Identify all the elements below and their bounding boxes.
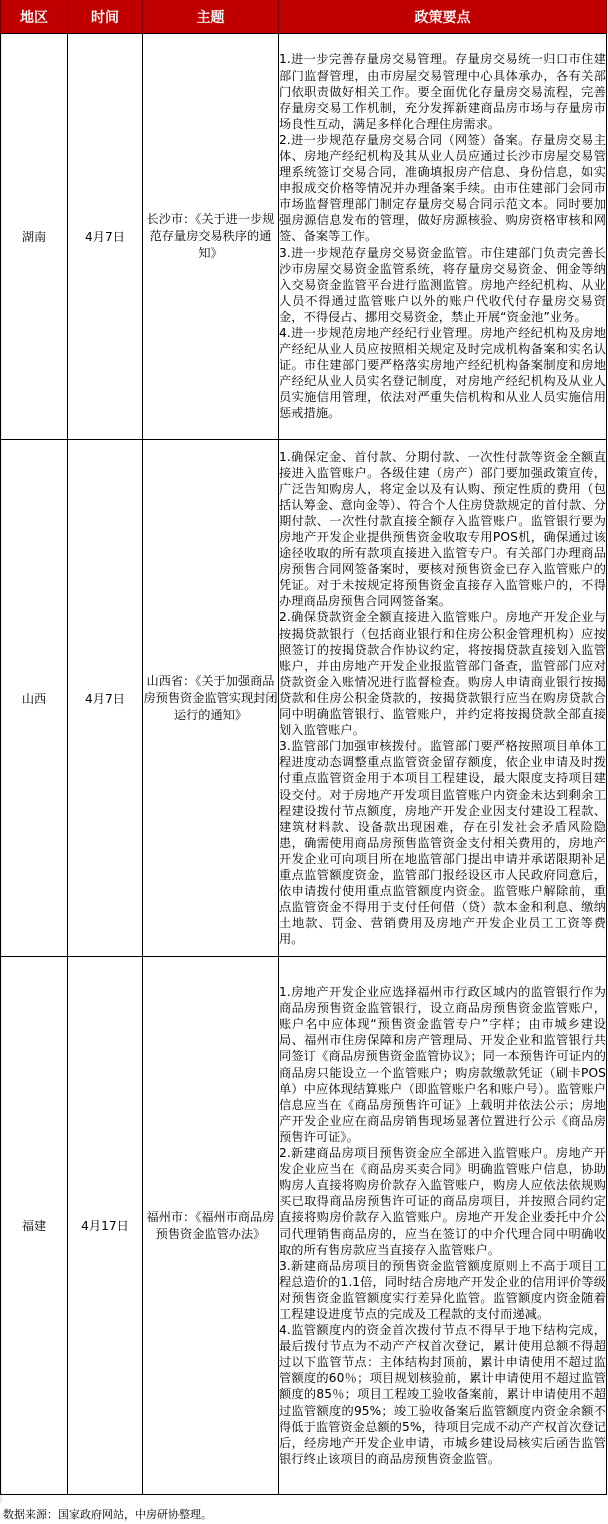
column-header-policy-points: 政策要点	[279, 0, 607, 34]
policy-point: 3.新建商品房项目的预售资金监管额度原则上不高于项目工程总造价的1.1倍，同时结…	[279, 1258, 606, 1322]
table-header-row: 地区 时间 主题 政策要点	[1, 0, 607, 34]
date-cell: 4月17日	[68, 957, 143, 1495]
column-header-topic: 主题	[143, 0, 279, 34]
policy-table: 地区 时间 主题 政策要点 湖南 4月7日 长沙市：《关于进一步规范存量房交易秩…	[0, 0, 607, 1495]
policy-point: 1.进一步完善存量房交易管理。存量房交易统一归口市住建部门监督管理，由市房屋交易…	[279, 51, 606, 131]
policy-point: 4.进一步规范房地产经纪行业管理。房地产经纪机构及房地产经纪从业人员应按照相关规…	[279, 325, 606, 422]
policy-point: 3.进一步规范存量房交易资金监管。市住建部门负责完善长沙市房屋交易资金监管系统，…	[279, 245, 606, 325]
policy-points-cell: 1.房地产开发企业应选择福州市行政区域内的监管银行作为商品房预售资金监管银行，设…	[279, 957, 607, 1495]
policy-point: 1.房地产开发企业应选择福州市行政区域内的监管银行作为商品房预售资金监管银行，设…	[279, 984, 606, 1145]
policy-table-sheet: 地区 时间 主题 政策要点 湖南 4月7日 长沙市：《关于进一步规范存量房交易秩…	[0, 0, 608, 1524]
table-row: 山西 4月7日 山西省：《关于加强商品房预售资金监管实现封闭运行的通知》 1.确…	[1, 440, 607, 957]
policy-point: 1.确保定金、首付款、分期付款、一次性付款等资金全额直接进入监管账户。各级住建（…	[279, 449, 606, 610]
region-cell: 福建	[1, 957, 68, 1495]
policy-points-cell: 1.确保定金、首付款、分期付款、一次性付款等资金全额直接进入监管账户。各级住建（…	[279, 440, 607, 957]
date-cell: 4月7日	[68, 34, 143, 440]
table-row: 湖南 4月7日 长沙市：《关于进一步规范存量房交易秩序的通知》 1.进一步完善存…	[1, 34, 607, 440]
topic-cell: 山西省：《关于加强商品房预售资金监管实现封闭运行的通知》	[143, 440, 279, 957]
policy-point: 2.进一步规范存量房交易合同（网签）备案。存量房交易主体、房地产经纪机构及其从业…	[279, 132, 606, 245]
topic-cell: 福州市：《福州市商品房预售资金监管办法》	[143, 957, 279, 1495]
policy-point: 2.新建商品房项目预售资金应全部进入监管账户。房地产开发企业应当在《商品房买卖合…	[279, 1145, 606, 1258]
policy-point: 3.监管部门加强审核拨付。监管部门要严格按照项目单体工程进度动态调整重点监管资金…	[279, 738, 606, 947]
policy-point: 2.确保贷款资金全额直接进入监管账户。房地产开发企业与按揭贷款银行（包括商业银行…	[279, 609, 606, 738]
topic-cell: 长沙市：《关于进一步规范存量房交易秩序的通知》	[143, 34, 279, 440]
data-source-note: 数据来源：国家政府网站，中房研协整理。	[3, 1506, 212, 1522]
region-cell: 山西	[1, 440, 68, 957]
region-cell: 湖南	[1, 34, 68, 440]
date-cell: 4月7日	[68, 440, 143, 957]
table-row: 福建 4月17日 福州市：《福州市商品房预售资金监管办法》 1.房地产开发企业应…	[1, 957, 607, 1495]
policy-points-cell: 1.进一步完善存量房交易管理。存量房交易统一归口市住建部门监督管理，由市房屋交易…	[279, 34, 607, 440]
policy-point: 4.监管额度内的资金首次拨付节点不得早于地下结构完成，最后拨付节点为不动产产权首…	[279, 1322, 606, 1467]
column-header-date: 时间	[68, 0, 143, 34]
column-header-region: 地区	[1, 0, 68, 34]
